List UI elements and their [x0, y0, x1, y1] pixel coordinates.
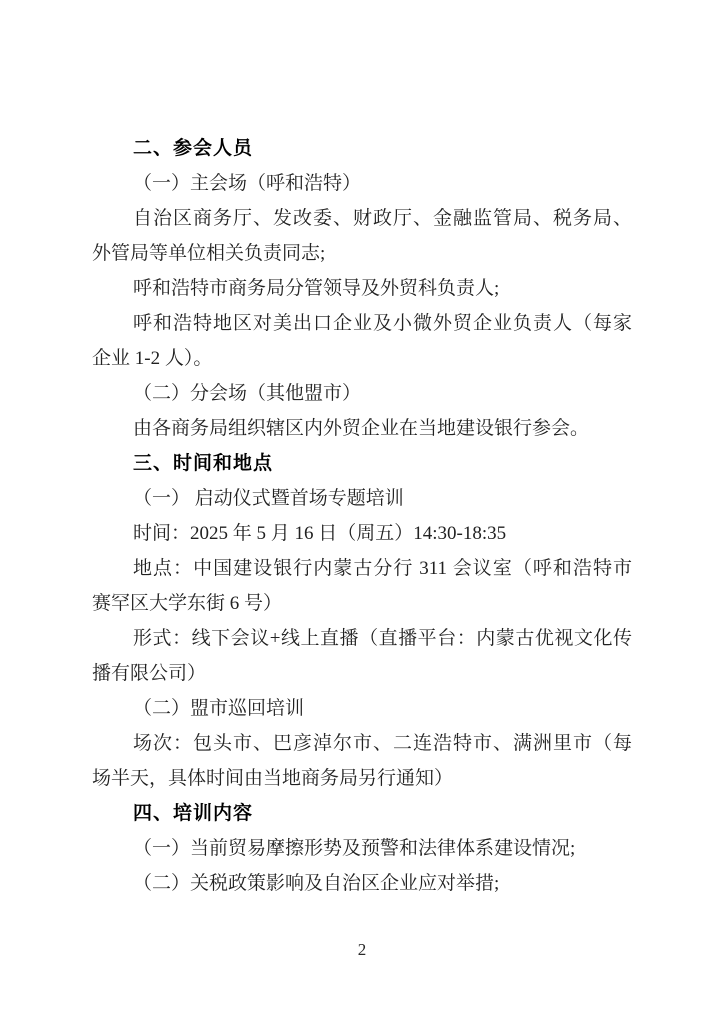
paragraph: 地点：中国建设银行内蒙古分行 311 会议室（呼和浩特市赛罕区大学东街 6 号）: [92, 551, 632, 621]
text-line: 四、培训内容: [92, 796, 632, 831]
text-line: （二）盟市巡回培训: [92, 691, 632, 726]
document-body: 二、参会人员（一）主会场（呼和浩特）自治区商务厅、发改委、财政厅、金融监管局、税…: [92, 131, 632, 901]
paragraph: 自治区商务厅、发改委、财政厅、金融监管局、税务局、外管局等单位相关负责同志;: [92, 201, 632, 271]
text-line: （一）当前贸易摩擦形势及预警和法律体系建设情况;: [92, 831, 632, 866]
paragraph: 场次：包头市、巴彦淖尔市、二连浩特市、满洲里市（每场半天，具体时间由当地商务局另…: [92, 726, 632, 796]
section-heading: 四、培训内容: [92, 796, 632, 831]
text-line: （一） 启动仪式暨首场专题培训: [92, 481, 632, 516]
paragraph: （二）关税政策影响及自治区企业应对举措;: [92, 866, 632, 901]
text-line: 场次：包头市、巴彦淖尔市、二连浩特市、满洲里市（每: [92, 726, 632, 761]
text-line: 二、参会人员: [92, 131, 632, 166]
paragraph: 呼和浩特市商务局分管领导及外贸科负责人;: [92, 271, 632, 306]
text-line: 由各商务局组织辖区内外贸企业在当地建设银行参会。: [92, 411, 632, 446]
text-line: （二）关税政策影响及自治区企业应对举措;: [92, 866, 632, 901]
text-line: 三、时间和地点: [92, 446, 632, 481]
paragraph: （二）分会场（其他盟市）: [92, 376, 632, 411]
text-line: （二）分会场（其他盟市）: [92, 376, 632, 411]
text-line: 播有限公司）: [92, 656, 632, 691]
paragraph: 时间：2025 年 5 月 16 日（周五）14:30-18:35: [92, 516, 632, 551]
paragraph: （一） 启动仪式暨首场专题培训: [92, 481, 632, 516]
text-line: 地点：中国建设银行内蒙古分行 311 会议室（呼和浩特市: [92, 551, 632, 586]
paragraph: 由各商务局组织辖区内外贸企业在当地建设银行参会。: [92, 411, 632, 446]
text-line: 赛罕区大学东街 6 号）: [92, 586, 632, 621]
section-heading: 二、参会人员: [92, 131, 632, 166]
text-line: 呼和浩特市商务局分管领导及外贸科负责人;: [92, 271, 632, 306]
paragraph: （二）盟市巡回培训: [92, 691, 632, 726]
text-line: （一）主会场（呼和浩特）: [92, 166, 632, 201]
document-page: 二、参会人员（一）主会场（呼和浩特）自治区商务厅、发改委、财政厅、金融监管局、税…: [0, 0, 724, 1024]
paragraph: （一）当前贸易摩擦形势及预警和法律体系建设情况;: [92, 831, 632, 866]
text-line: 外管局等单位相关负责同志;: [92, 236, 632, 271]
paragraph: （一）主会场（呼和浩特）: [92, 166, 632, 201]
paragraph: 呼和浩特地区对美出口企业及小微外贸企业负责人（每家企业 1-2 人）。: [92, 306, 632, 376]
paragraph: 形式：线下会议+线上直播（直播平台：内蒙古优视文化传播有限公司）: [92, 621, 632, 691]
text-line: 企业 1-2 人）。: [92, 341, 632, 376]
text-line: 呼和浩特地区对美出口企业及小微外贸企业负责人（每家: [92, 306, 632, 341]
text-line: 场半天，具体时间由当地商务局另行通知）: [92, 761, 632, 796]
text-line: 自治区商务厅、发改委、财政厅、金融监管局、税务局、: [92, 201, 632, 236]
text-line: 时间：2025 年 5 月 16 日（周五）14:30-18:35: [92, 516, 632, 551]
page-number: 2: [0, 939, 724, 961]
section-heading: 三、时间和地点: [92, 446, 632, 481]
text-line: 形式：线下会议+线上直播（直播平台：内蒙古优视文化传: [92, 621, 632, 656]
